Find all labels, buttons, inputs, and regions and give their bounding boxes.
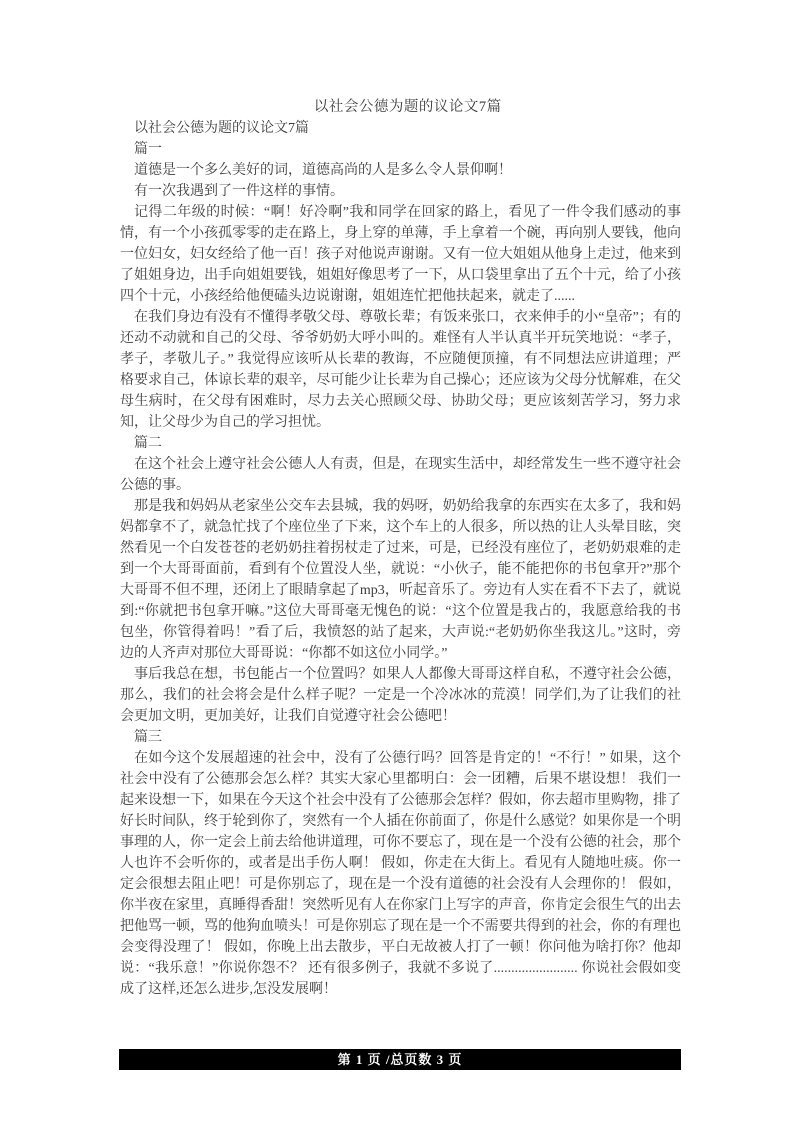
section-label-1: 篇一 [120, 139, 681, 160]
paragraph: 事后我总在想，书包能占一个位置吗？如果人人都像大哥哥这样自私，不遵守社会公德，那… [120, 664, 681, 727]
document-page: 以社会公德为题的议论文7篇 以社会公德为题的议论文7篇 篇一 道德是一个多么美好… [120, 97, 681, 1000]
page-number-footer-bar: 第 1 页 /总页数 3 页 [119, 1049, 681, 1070]
paragraph: 在这个社会上遵守社会公德人人有责，但是，在现实生活中，却经常发生一些不遵守社会公… [120, 454, 681, 496]
paragraph: 记得二年级的时候：“啊！好冷啊”我和同学在回家的路上，看见了一件令我们感动的事情… [120, 202, 681, 307]
paragraph: 在我们身边有没有不懂得孝敬父母、尊敬长辈；有饭来张口，衣来伸手的小“皇帝”；有的… [120, 307, 681, 433]
paragraph: 在如今这个发展超速的社会中，没有了公德行吗？回答是肯定的！“不行！” 如果，这个… [120, 748, 681, 1000]
section-label-3: 篇三 [120, 727, 681, 748]
page-number-label: 第 1 页 /总页数 3 页 [338, 1052, 463, 1067]
document-title: 以社会公德为题的议论文7篇 [120, 97, 681, 118]
paragraph: 那是我和妈妈从老家坐公交车去县城，我的妈呀，奶奶给我拿的东西实在太多了，我和妈妈… [120, 496, 681, 664]
paragraph: 有一次我遇到了一件这样的事情。 [120, 181, 681, 202]
section-label-2: 篇二 [120, 433, 681, 454]
paragraph: 道德是一个多么美好的词，道德高尚的人是多么令人景仰啊！ [120, 160, 681, 181]
document-heading: 以社会公德为题的议论文7篇 [120, 118, 681, 139]
